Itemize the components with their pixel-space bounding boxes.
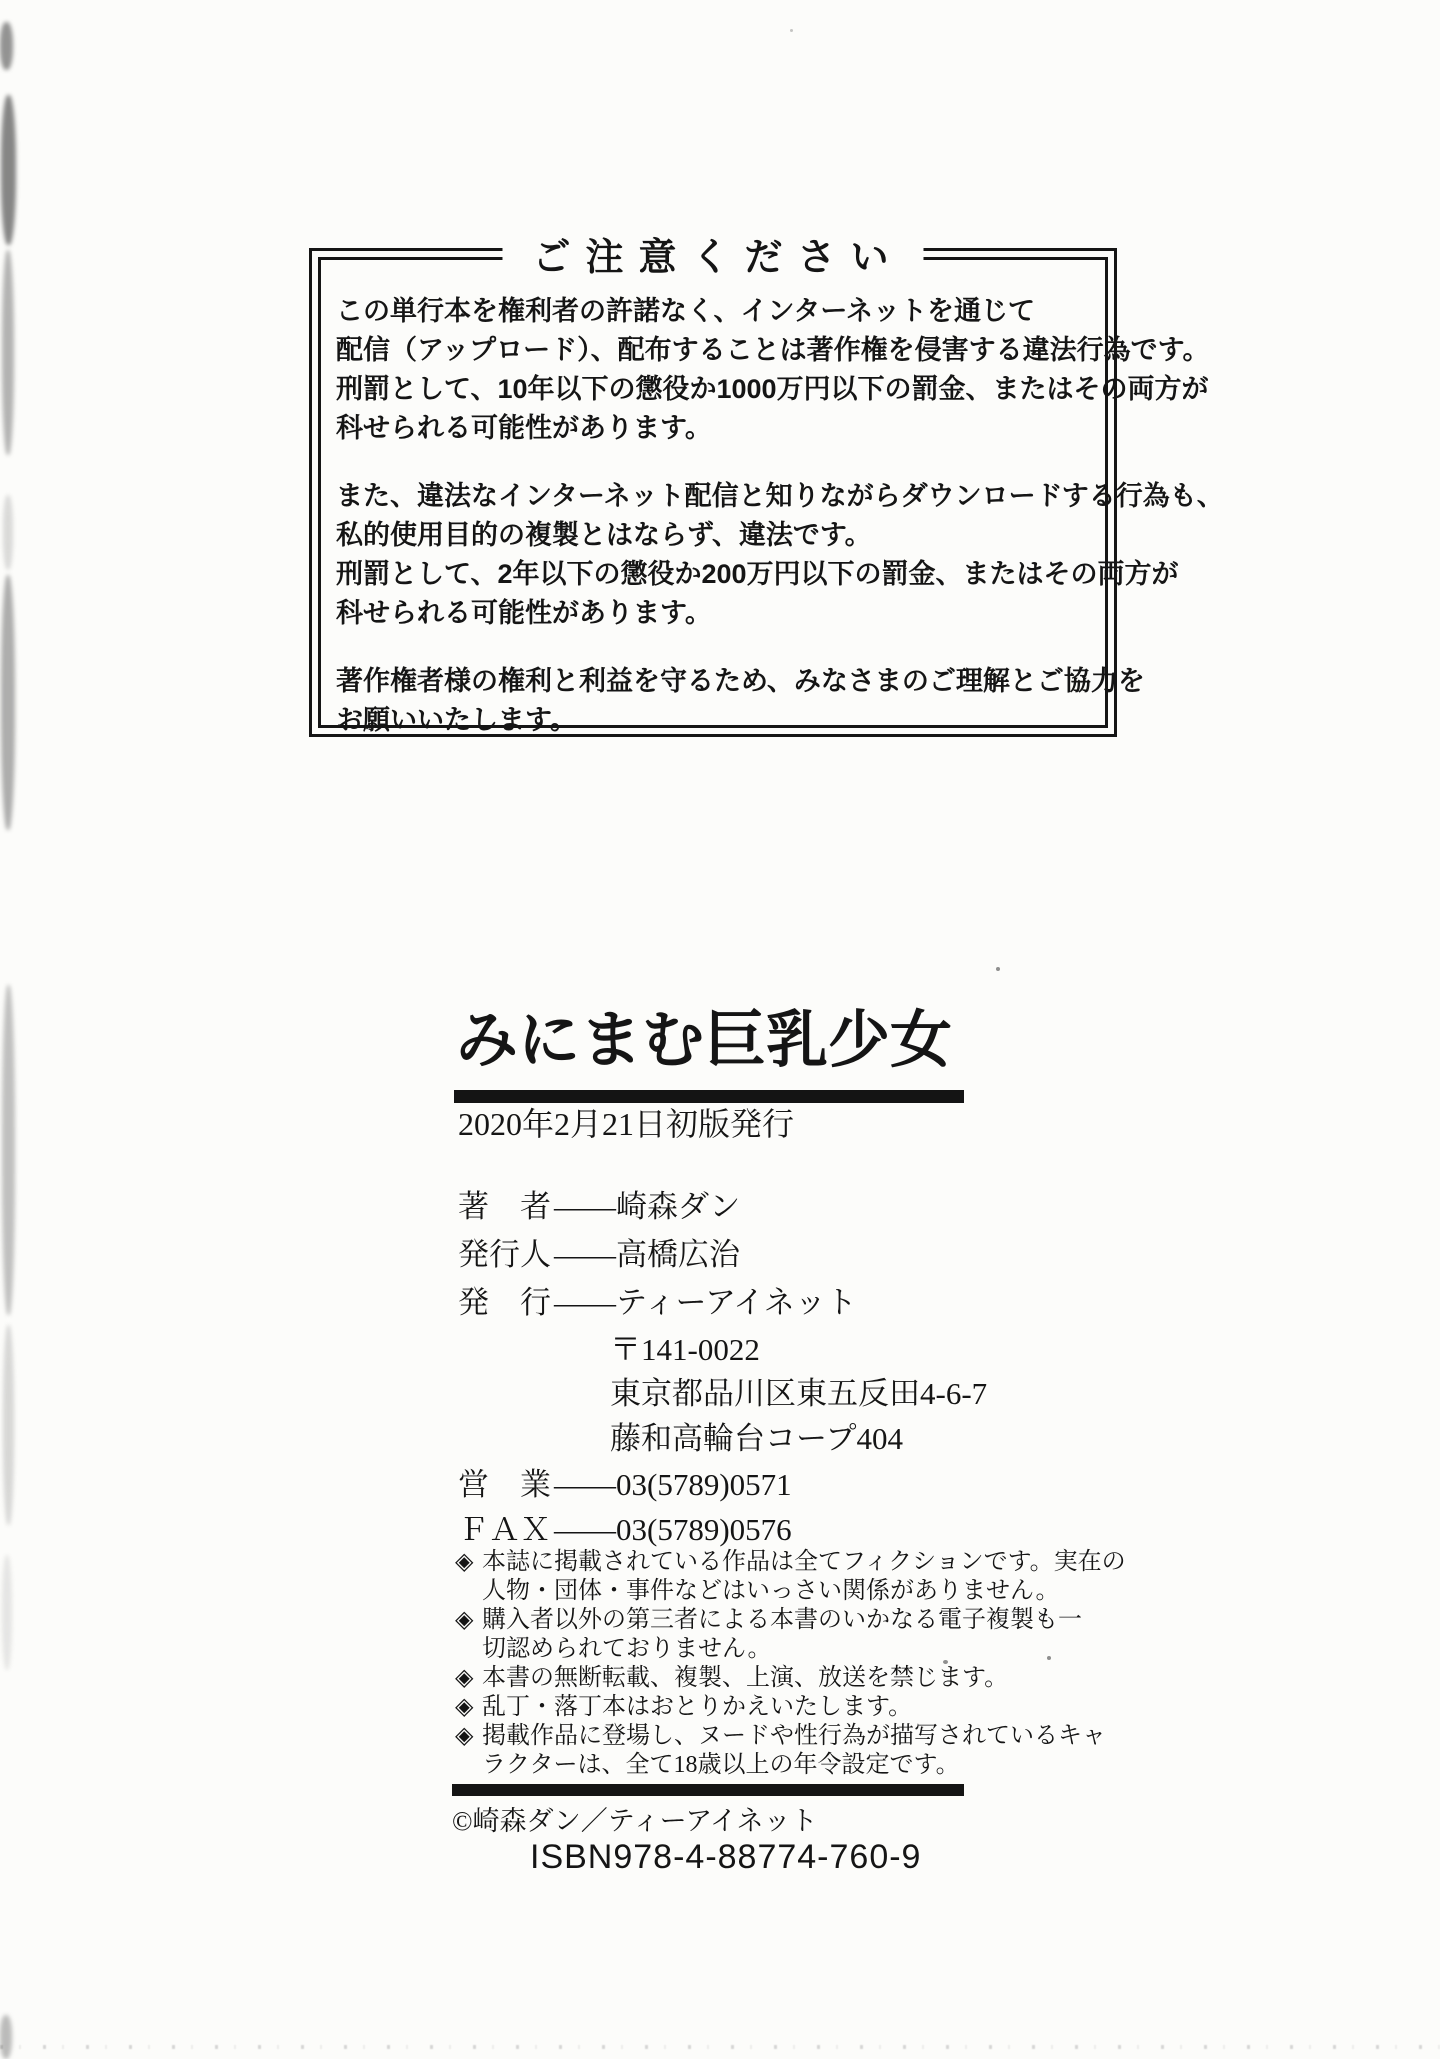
note-line: 切認められておりません。 [455,1635,1126,1664]
diamond-bullet-icon: ◈ [455,1722,482,1751]
contact-label: 営 業 [458,1459,554,1504]
scan-smudge [3,495,13,570]
contact-dash: —— [554,1512,616,1547]
scan-speckles-bottom-edge [0,2045,1440,2049]
scanned-colophon-page: ご注意ください この単行本を権利者の許諾なく、インターネットを通じて 配信（アッ… [0,0,1440,2059]
credit-row-publisher-person: 発行人——高橋広治 [458,1229,740,1274]
note-line: ◈本書の無断転載、複製、上演、放送を禁じます。 [455,1664,1126,1693]
credit-label: 発 行 [458,1277,554,1322]
contact-dash: —— [554,1467,616,1502]
warning-box-body: この単行本を権利者の許諾なく、インターネットを通じて 配信（アップロード）、配布… [321,260,1105,740]
contact-value: 03(5789)0571 [616,1467,792,1502]
diamond-bullet-icon: ◈ [455,1548,482,1577]
ink-dot [790,29,793,32]
credit-dash: —— [554,1237,616,1272]
credit-row-author: 著 者——崎森ダン [458,1181,740,1226]
warning-box-title: ご注意ください [502,233,923,283]
note-line: ◈乱丁・落丁本はおとりかえいたします。 [455,1693,1126,1722]
book-title: みにまむ巨乳少女 [456,990,952,1079]
note-line: 人物・団体・事件などはいっさい関係がありません。 [455,1577,1126,1606]
copyright-line: ©崎森ダン／ティーアイネット [452,1799,818,1838]
credit-row-publisher-company: 発 行——ティーアイネット [458,1277,857,1322]
credit-value: 高橋広治 [616,1237,740,1272]
scan-smudge [2,1555,12,1670]
address-line: 藤和高輪台コープ404 [610,1413,903,1458]
warning-paragraph-upload: この単行本を権利者の許諾なく、インターネットを通じて 配信（アップロード）、配布… [336,292,1091,448]
diamond-bullet-icon: ◈ [455,1606,482,1635]
contact-row-sales: 営 業——03(5789)0571 [458,1459,792,1504]
credit-dash: —— [554,1189,616,1224]
postal-code: 〒141-0022 [610,1324,760,1369]
credit-label: 発行人 [458,1229,554,1274]
scan-smudge [2,985,15,1315]
scan-smudge [2,250,14,455]
note-line: ◈購入者以外の第三者による本書のいかなる電子複製も一 [455,1606,1126,1635]
scan-smudge [1,575,15,830]
contact-label: ＦＡＸ [458,1504,554,1549]
contact-value: 03(5789)0576 [616,1512,792,1547]
credit-value: 崎森ダン [616,1189,740,1224]
ink-dot [996,967,1000,971]
warning-paragraph-request: 著作権者様の権利と利益を守るため、みなさまのご理解とご協力を お願いいたします。 [336,662,1091,740]
scan-smudge [0,22,13,70]
scan-smudge [1,95,16,245]
scan-smudge [0,2015,12,2059]
address-line: 東京都品川区東五反田4-6-7 [610,1368,987,1413]
warning-paragraph-download: また、違法なインターネット配信と知りながらダウンロードする行為も、 私的使用目的… [336,477,1091,633]
note-line: ラクターは、全て18歳以上の年令設定です。 [455,1751,1126,1780]
credit-value: ティーアイネット [616,1285,857,1320]
credit-label: 著 者 [458,1181,554,1226]
note-line: ◈掲載作品に登場し、ヌードや性行為が描写されているキャ [455,1722,1126,1751]
diamond-bullet-icon: ◈ [455,1664,482,1693]
contact-row-fax: ＦＡＸ——03(5789)0576 [458,1504,792,1549]
footer-rule [452,1784,964,1796]
note-line: ◈本誌に掲載されている作品は全てフィクションです。実在の [455,1548,1126,1577]
edition-date: 2020年2月21日初版発行 [458,1099,794,1145]
scan-smudge [3,1325,14,1525]
copyright-warning-box: ご注意ください この単行本を権利者の許諾なく、インターネットを通じて 配信（アッ… [318,257,1108,728]
scan-noise-left-edge [0,0,22,2059]
legal-notes-list: ◈本誌に掲載されている作品は全てフィクションです。実在の 人物・団体・事件などは… [455,1548,1126,1780]
credit-dash: —— [554,1285,616,1320]
isbn-number: ISBN978-4-88774-760-9 [530,1838,921,1877]
diamond-bullet-icon: ◈ [455,1693,482,1722]
